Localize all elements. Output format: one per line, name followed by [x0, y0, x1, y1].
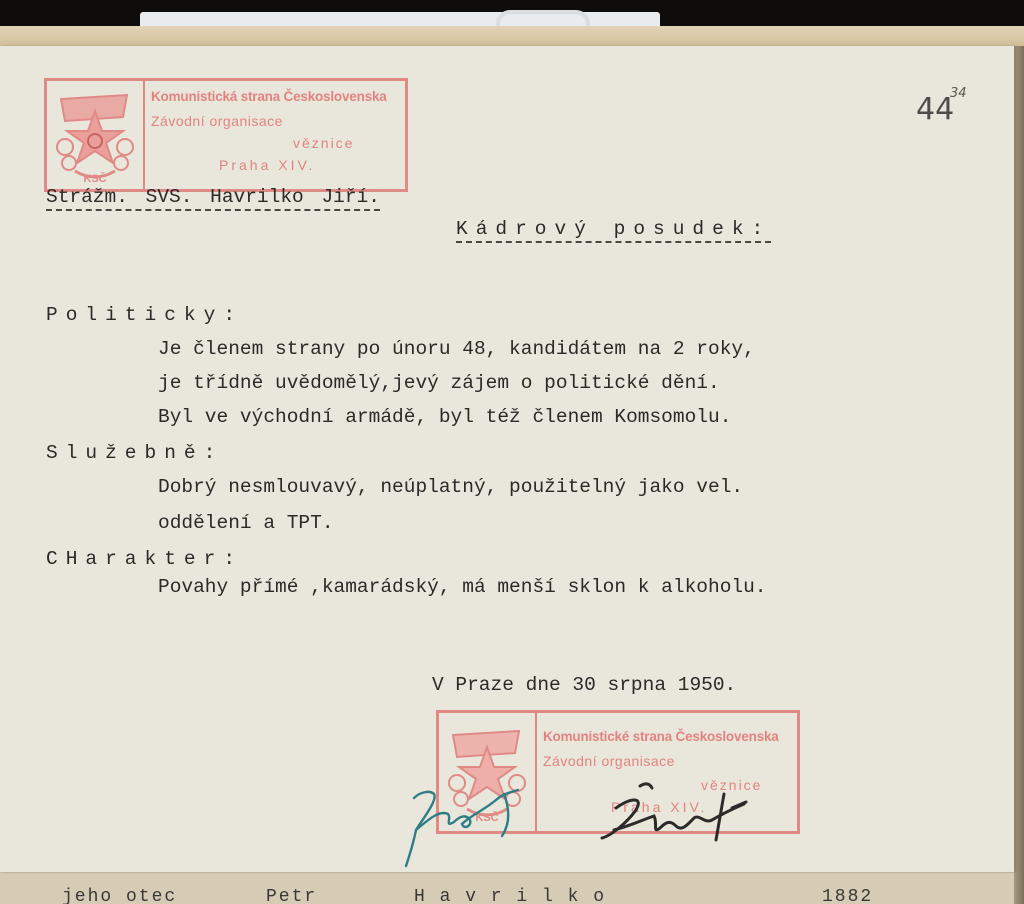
- stamp-line-3: věznice: [293, 135, 354, 151]
- under-col-2: Petr: [266, 887, 317, 904]
- section-line: je třídně uvědomělý,jevý zájem o politic…: [158, 372, 720, 394]
- under-col-4: 1882: [822, 887, 873, 904]
- section-heading-politicky: Politicky:: [46, 304, 243, 326]
- folder-edge: [0, 26, 1024, 48]
- stamp-line-4: Praha XIV.: [219, 157, 315, 173]
- section-heading-charakter: CHarakter:: [46, 548, 243, 570]
- stamp-line-2: Závodní organisace: [543, 753, 675, 769]
- section-line: Povahy přímé ,kamarádský, má menší sklon…: [158, 576, 767, 598]
- signature-right: [596, 780, 766, 860]
- stack-edge: [1014, 46, 1024, 904]
- under-col-1: jeho otec: [62, 887, 177, 904]
- section-line: Je členem strany po únoru 48, kandidátem…: [158, 338, 755, 360]
- document-title: Kádrový posudek:: [456, 218, 771, 243]
- folio-number: 44: [916, 92, 954, 127]
- subject-line: Strážm. SVS. Havrilko Jiří.: [46, 186, 380, 211]
- signature-left: [400, 780, 540, 880]
- folio-superscript: 34: [950, 86, 967, 101]
- section-line: oddělení a TPT.: [158, 512, 334, 534]
- section-line: Dobrý nesmlouvavý, neúplatný, použitelný…: [158, 476, 743, 498]
- svg-text:KSČ: KSČ: [83, 172, 106, 185]
- under-col-3: H a v r i l k o: [414, 887, 606, 904]
- ksc-emblem-icon: KSČ: [47, 81, 145, 189]
- stamp-line-2: Závodní organisace: [151, 113, 283, 129]
- section-heading-sluzebne: Služebně:: [46, 442, 223, 464]
- stamp-line-1: Komunistická strana Československa: [151, 89, 387, 104]
- date-line: V Praze dne 30 srpna 1950.: [432, 674, 736, 696]
- stamp-line-1: Komunistické strana Československa: [543, 729, 779, 744]
- party-stamp-top: KSČ Komunistická strana Československa Z…: [44, 78, 408, 192]
- section-line: Byl ve východní armádě, byl též členem K…: [158, 406, 731, 428]
